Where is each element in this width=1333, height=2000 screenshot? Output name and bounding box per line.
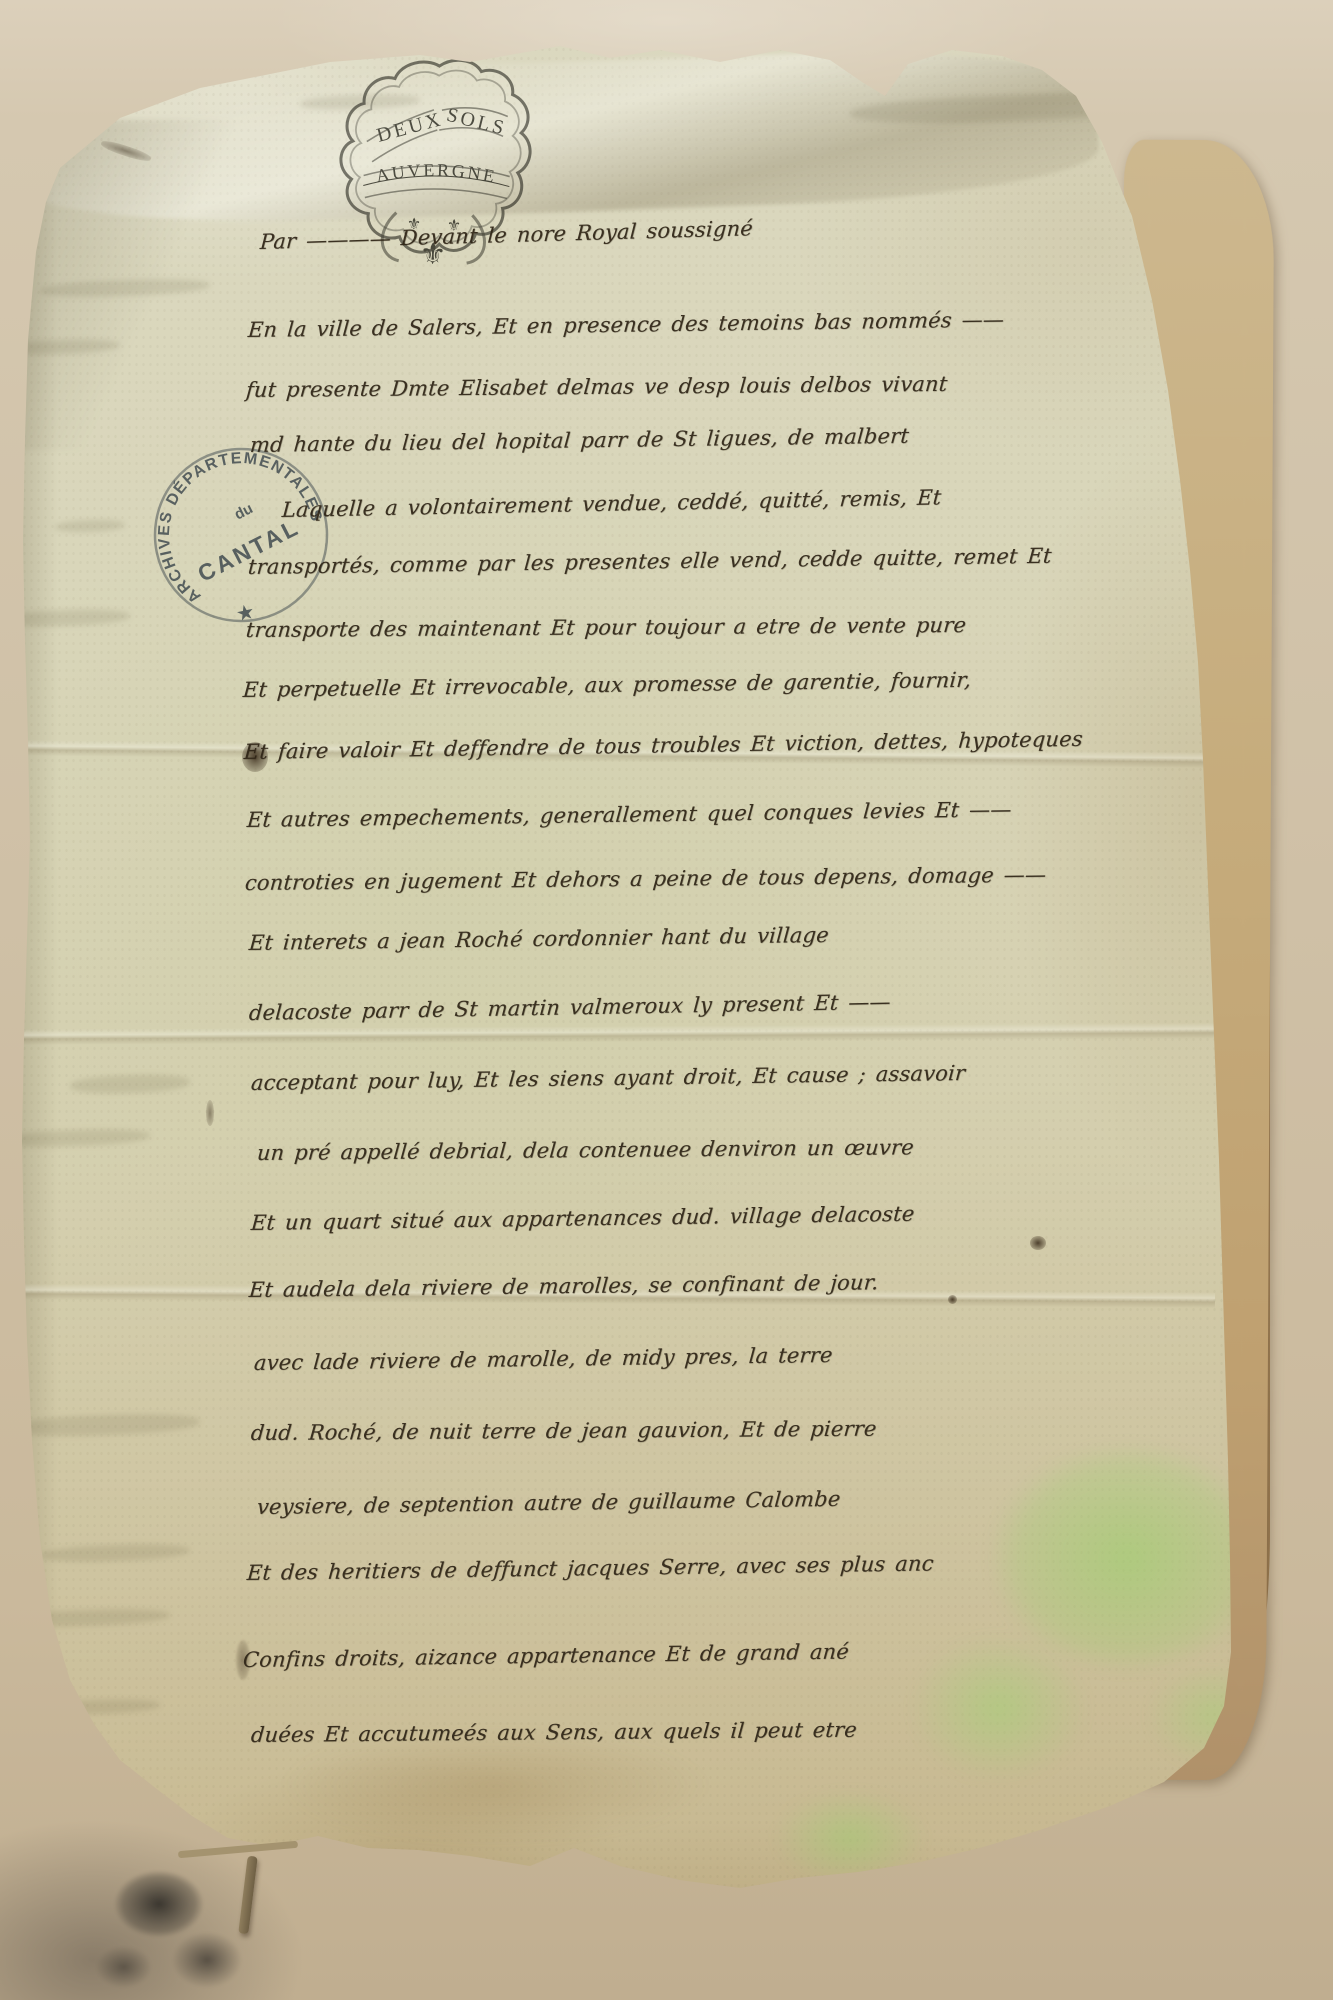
manuscript-line: dud. Roché, de nuit terre de jean gauvio… [250, 1416, 962, 1445]
manuscript-line: Et interets a jean Roché cordonnier hant… [248, 921, 940, 955]
manuscript-line: delacoste parr de St martin valmeroux ly… [248, 989, 960, 1025]
manuscript-page: DEUX SOLS AUVERGNE ⚜ ⚜ ⚜ ARC [0, 0, 1333, 2000]
debris-smudge [95, 1855, 255, 1995]
manuscript-line: acceptant pour luy, Et les siens ayant d… [250, 1061, 992, 1095]
manuscript-line: Confins droits, aizance appartenance Et … [242, 1638, 934, 1672]
manuscript-line: Et un quart situé aux appartenances dud.… [250, 1201, 977, 1235]
manuscript-line: Et faire valoir Et deffendre de tous tro… [243, 728, 990, 764]
manuscript-line: transporte des maintenant Et pour toujou… [245, 613, 972, 642]
manuscript-line: Et des heritiers de deffunct jacques Ser… [246, 1551, 973, 1585]
manuscript-line: Par ———— Devant le nore Royal soussigné [259, 210, 960, 254]
manuscript-line: veysiere, de septention autre de guillau… [256, 1486, 928, 1519]
manuscript-line: un pré appellé debrial, dela contenuee d… [256, 1135, 993, 1165]
manuscript-line: fut presente Dmte Elisabet delmas ve des… [245, 372, 987, 402]
manuscript-line: transportés, comme par les presentes ell… [247, 545, 984, 579]
manuscript-line: Et perpetuelle Et irrevocable, aux prome… [242, 668, 969, 702]
manuscript-line: duées Et accutumeés aux Sens, aux quels … [250, 1717, 952, 1747]
manuscript-line: md hante du lieu del hopital parr de St … [249, 423, 971, 457]
manuscript-line: controties en jugement Et dehors a peine… [244, 863, 966, 895]
handwritten-text: Par ———— Devant le nore Royal soussigné … [0, 0, 1333, 2000]
manuscript-line: En la ville de Salers, Et en presence de… [247, 308, 979, 342]
manuscript-line: Et audela dela riviere de marolles, se c… [248, 1269, 965, 1302]
photograph-of-manuscript: DEUX SOLS AUVERGNE ⚜ ⚜ ⚜ ARC [0, 0, 1333, 2000]
manuscript-line: avec lade riviere de marolle, de midy pr… [253, 1341, 955, 1375]
manuscript-line: Laquelle a volontairement vendue, ceddé,… [281, 485, 973, 522]
manuscript-line: Et autres empechements, generallement qu… [246, 798, 958, 832]
